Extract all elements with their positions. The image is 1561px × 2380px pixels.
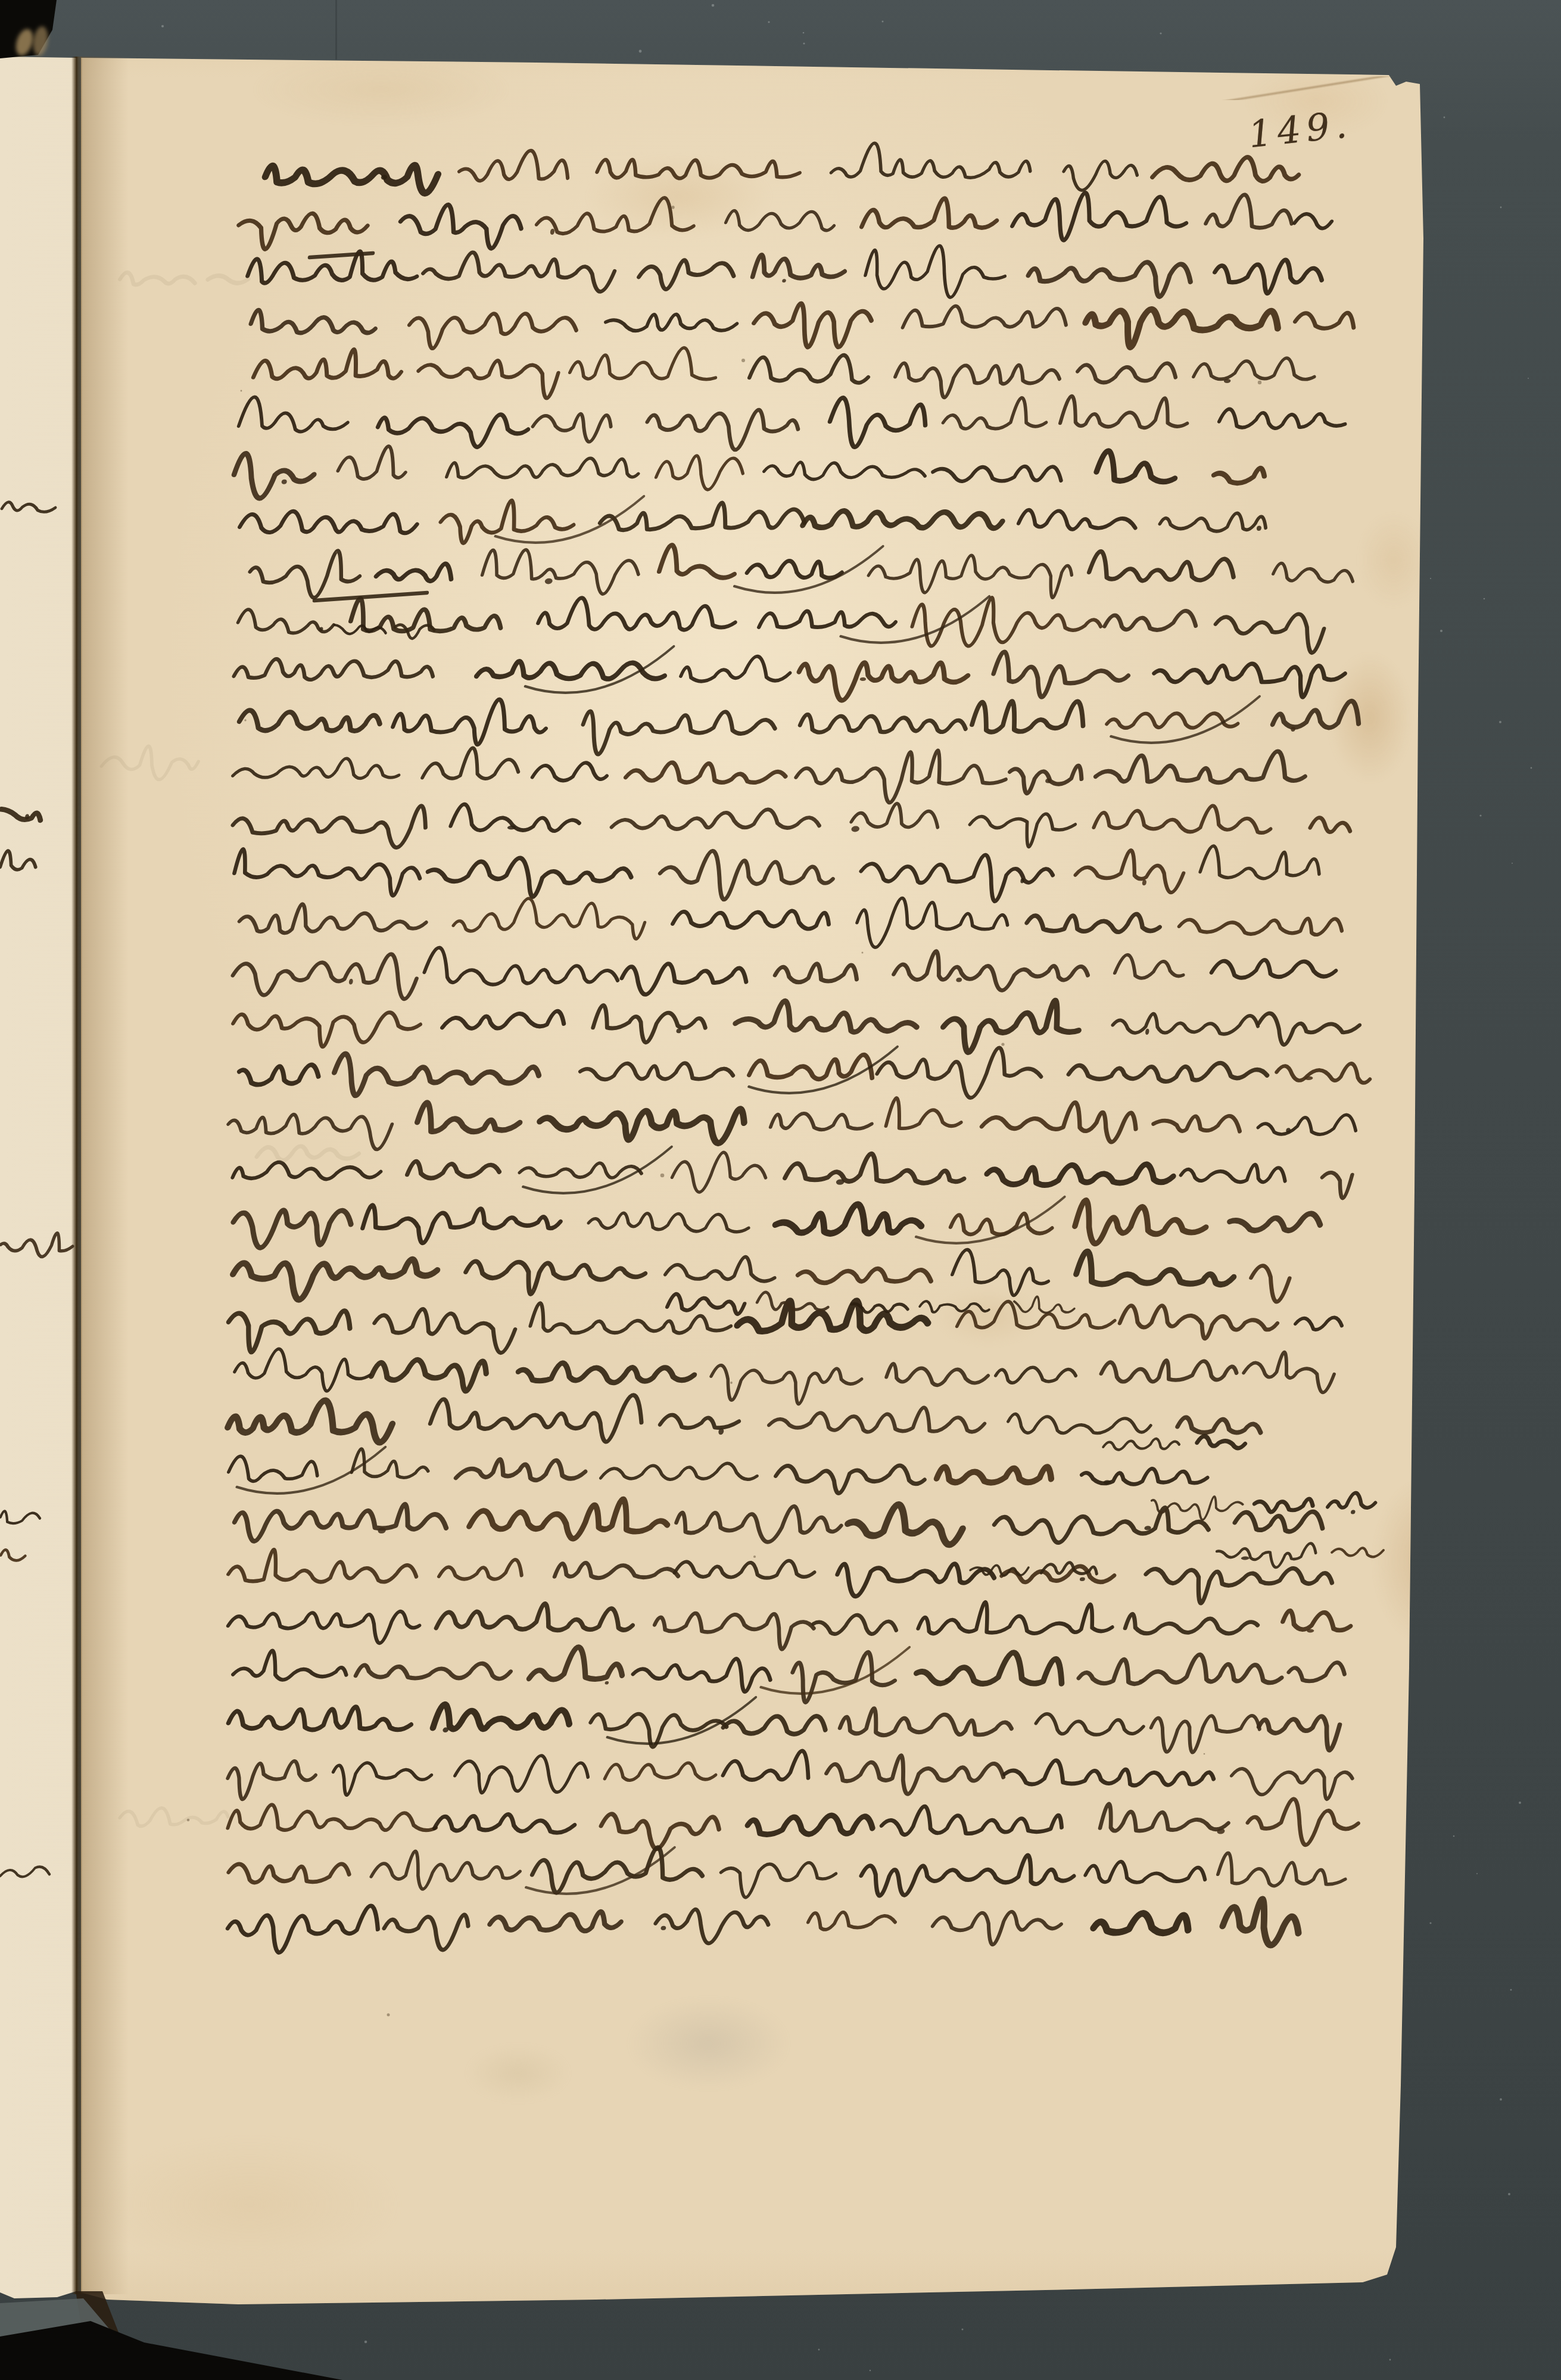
background-seam bbox=[335, 0, 337, 60]
paper-stain bbox=[250, 54, 512, 125]
paper-stain bbox=[584, 155, 774, 238]
paper-stain bbox=[1328, 652, 1412, 783]
manuscript-photo: 149. bbox=[0, 0, 1561, 2380]
paper-stain bbox=[935, 1287, 1042, 1346]
paper-stain bbox=[625, 1996, 792, 2091]
paper-stain bbox=[1358, 512, 1429, 608]
paper-stain bbox=[95, 2133, 405, 2276]
paper-stain bbox=[465, 2043, 572, 2103]
gutter-shadow bbox=[81, 57, 129, 2294]
manuscript-page bbox=[0, 0, 1561, 2380]
